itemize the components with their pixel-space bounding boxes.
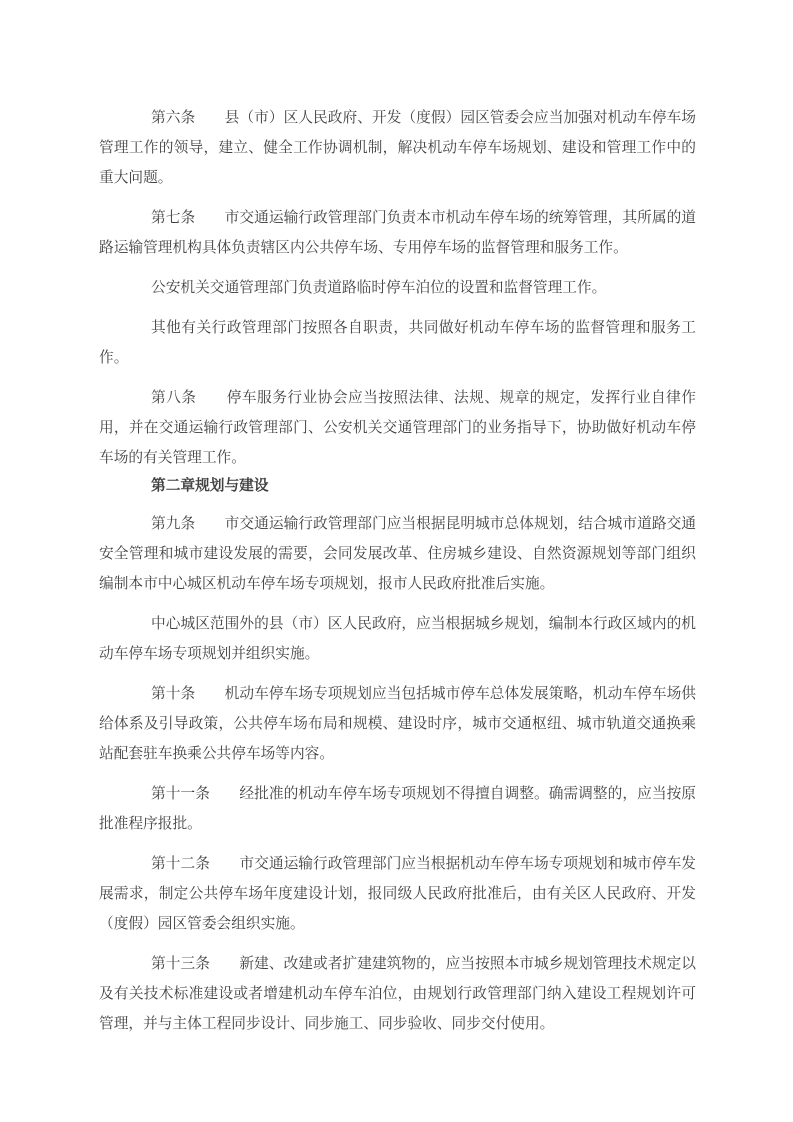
chapter-2-heading: 第二章规划与建设 [99,473,696,499]
paragraph-article-11: 第十一条 经批准的机动车停车场专项规划不得擅自调整。确需调整的，应当按原批准程序… [99,779,696,839]
paragraph-article-13: 第十三条 新建、改建或者扩建建筑物的，应当按照本市城乡规划管理技术规定以及有关技… [99,949,696,1039]
paragraph-article-7-clause-2: 公安机关交通管理部门负责道路临时停车泊位的设置和监督管理工作。 [99,273,696,303]
paragraph-article-9: 第九条 市交通运输行政管理部门应当根据昆明城市总体规划，结合城市道路交通安全管理… [99,509,696,599]
paragraph-article-8: 第八条 停车服务行业协会应当按照法律、法规、规章的规定，发挥行业自律作用，并在交… [99,383,696,473]
paragraph-article-6: 第六条 县（市）区人民政府、开发（度假）园区管委会应当加强对机动车停车场管理工作… [99,103,696,193]
paragraph-article-10: 第十条 机动车停车场专项规划应当包括城市停车总体发展策略，机动车停车场供给体系及… [99,679,696,769]
paragraph-article-7-clause-3: 其他有关行政管理部门按照各自职责，共同做好机动车停车场的监督管理和服务工作。 [99,313,696,373]
paragraph-article-12: 第十二条 市交通运输行政管理部门应当根据机动车停车场专项规划和城市停车发展需求，… [99,849,696,939]
paragraph-article-7: 第七条 市交通运输行政管理部门负责本市机动车停车场的统筹管理，其所属的道路运输管… [99,203,696,263]
document-page: 第六条 县（市）区人民政府、开发（度假）园区管委会应当加强对机动车停车场管理工作… [0,0,793,1122]
paragraph-article-9-clause-2: 中心城区范围外的县（市）区人民政府，应当根据城乡规划，编制本行政区域内的机动车停… [99,609,696,669]
